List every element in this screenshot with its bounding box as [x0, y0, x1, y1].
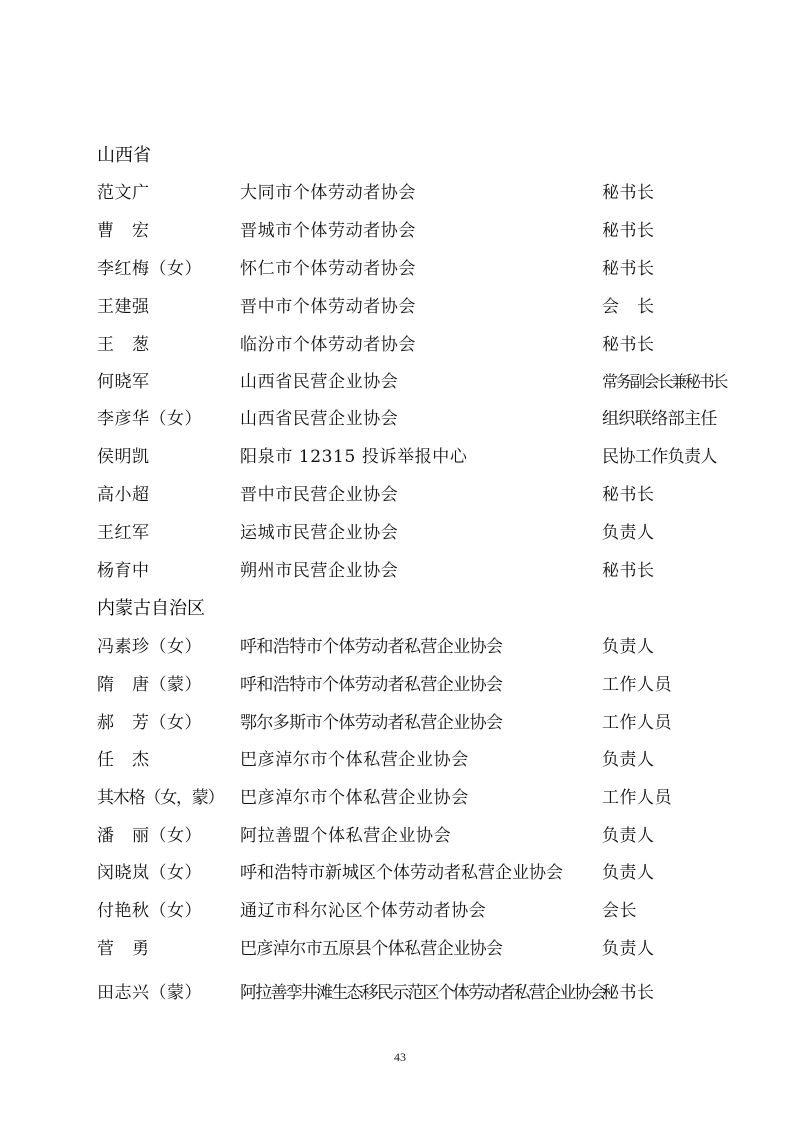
job-title: 秘书长: [602, 257, 655, 281]
table-row: 闵晓岚（女） 呼和浩特市新城区个体劳动者私营企业协会 负责人: [0, 861, 800, 885]
job-title: 会 长: [602, 295, 655, 319]
job-title: 民协工作负责人: [602, 445, 717, 469]
table-row: 郝 芳（女） 鄂尔多斯市个体劳动者私营企业协会 工作人员: [0, 711, 800, 735]
table-row: 范文广 大同市个体劳动者协会 秘书长: [0, 181, 800, 205]
table-row: 王 葱 临汾市个体劳动者协会 秘书长: [0, 333, 800, 357]
job-title: 负责人: [602, 635, 655, 659]
organization: 晋中市民营企业协会: [240, 483, 398, 507]
section-heading-inner-mongolia: 内蒙古自治区: [97, 598, 205, 620]
person-name: 王 葱: [97, 333, 150, 357]
person-name: 付艳秋（女）: [97, 899, 202, 923]
person-name: 菅 勇: [97, 937, 150, 961]
person-name: 何晓军: [97, 370, 150, 394]
organization: 怀仁市个体劳动者协会: [240, 257, 416, 281]
job-title: 工作人员: [602, 786, 672, 810]
organization: 运城市民营企业协会: [240, 521, 398, 545]
job-title: 秘书长: [602, 483, 655, 507]
person-name: 李彦华（女）: [97, 407, 202, 431]
table-row: 高小超 晋中市民营企业协会 秘书长: [0, 483, 800, 507]
table-row: 李红梅（女） 怀仁市个体劳动者协会 秘书长: [0, 257, 800, 281]
person-name: 高小超: [97, 483, 150, 507]
person-name: 曹 宏: [97, 219, 150, 243]
table-row: 王建强 晋中市个体劳动者协会 会 长: [0, 295, 800, 319]
organization: 临汾市个体劳动者协会: [240, 333, 416, 357]
organization: 巴彦淖尔市个体私营企业协会: [240, 786, 469, 810]
organization: 阿拉善孪井滩生态移民示范区个体劳动者私营企业协会: [240, 981, 605, 1005]
job-title: 负责人: [602, 861, 655, 885]
person-name: 杨育中: [97, 559, 150, 583]
job-title: 负责人: [602, 748, 655, 772]
table-row: 任 杰 巴彦淖尔市个体私营企业协会 负责人: [0, 748, 800, 772]
table-row: 付艳秋（女） 通辽市科尔沁区个体劳动者协会 会长: [0, 899, 800, 923]
organization: 山西省民营企业协会: [240, 407, 398, 431]
table-row: 杨育中 朔州市民营企业协会 秘书长: [0, 559, 800, 583]
table-row: 曹 宏 晋城市个体劳动者协会 秘书长: [0, 219, 800, 243]
organization: 阿拉善盟个体私营企业协会: [240, 824, 451, 848]
person-name: 范文广: [97, 181, 150, 205]
table-row: 菅 勇 巴彦淖尔市五原县个体私营企业协会 负责人: [0, 937, 800, 961]
person-name: 李红梅（女）: [97, 257, 202, 281]
organization: 山西省民营企业协会: [240, 370, 398, 394]
person-name: 郝 芳（女）: [97, 711, 202, 735]
table-row: 侯明凯 阳泉市 12315 投诉举报中心 民协工作负责人: [0, 445, 800, 469]
organization: 呼和浩特市新城区个体劳动者私营企业协会: [240, 861, 563, 885]
organization: 巴彦淖尔市五原县个体私营企业协会: [240, 937, 502, 961]
person-name: 潘 丽（女）: [97, 824, 202, 848]
organization: 阳泉市 12315 投诉举报中心: [240, 445, 468, 469]
organization: 巴彦淖尔市个体私营企业协会: [240, 748, 469, 772]
job-title: 负责人: [602, 937, 655, 961]
person-name: 田志兴（蒙）: [97, 981, 202, 1005]
person-name: 侯明凯: [97, 445, 150, 469]
document-page: 山西省 范文广 大同市个体劳动者协会 秘书长 曹 宏 晋城市个体劳动者协会 秘书…: [0, 0, 800, 1131]
table-row: 潘 丽（女） 阿拉善盟个体私营企业协会 负责人: [0, 824, 800, 848]
job-title: 工作人员: [602, 711, 672, 735]
job-title: 秘书长: [602, 333, 655, 357]
table-row: 田志兴（蒙） 阿拉善孪井滩生态移民示范区个体劳动者私营企业协会 秘书长: [0, 981, 800, 1005]
person-name: 隋 唐（蒙）: [97, 673, 202, 697]
section-heading-shanxi: 山西省: [97, 145, 151, 167]
organization: 朔州市民营企业协会: [240, 559, 398, 583]
person-name: 其木格（女，蒙）: [97, 786, 223, 810]
job-title: 秘书长: [602, 219, 655, 243]
page-number: 43: [0, 1050, 800, 1065]
table-row: 何晓军 山西省民营企业协会 常务副会长兼秘书长: [0, 370, 800, 394]
job-title: 负责人: [602, 521, 655, 545]
organization: 呼和浩特市个体劳动者私营企业协会: [240, 635, 502, 659]
person-name: 王红军: [97, 521, 150, 545]
organization: 晋中市个体劳动者协会: [240, 295, 416, 319]
job-title: 秘书长: [602, 981, 655, 1005]
organization: 呼和浩特市个体劳动者私营企业协会: [240, 673, 502, 697]
organization: 晋城市个体劳动者协会: [240, 219, 416, 243]
person-name: 闵晓岚（女）: [97, 861, 202, 885]
job-title: 秘书长: [602, 181, 655, 205]
job-title: 工作人员: [602, 673, 672, 697]
table-row: 隋 唐（蒙） 呼和浩特市个体劳动者私营企业协会 工作人员: [0, 673, 800, 697]
organization: 大同市个体劳动者协会: [240, 181, 416, 205]
job-title: 负责人: [602, 824, 655, 848]
table-row: 王红军 运城市民营企业协会 负责人: [0, 521, 800, 545]
table-row: 李彦华（女） 山西省民营企业协会 组织联络部主任: [0, 407, 800, 431]
person-name: 冯素珍（女）: [97, 635, 202, 659]
job-title: 秘书长: [602, 559, 655, 583]
job-title: 会长: [602, 899, 637, 923]
job-title: 常务副会长兼秘书长: [602, 370, 726, 394]
organization: 通辽市科尔沁区个体劳动者协会: [240, 899, 486, 923]
person-name: 任 杰: [97, 748, 150, 772]
table-row: 冯素珍（女） 呼和浩特市个体劳动者私营企业协会 负责人: [0, 635, 800, 659]
job-title: 组织联络部主任: [602, 407, 717, 431]
table-row: 其木格（女，蒙） 巴彦淖尔市个体私营企业协会 工作人员: [0, 786, 800, 810]
organization: 鄂尔多斯市个体劳动者私营企业协会: [240, 711, 502, 735]
person-name: 王建强: [97, 295, 150, 319]
